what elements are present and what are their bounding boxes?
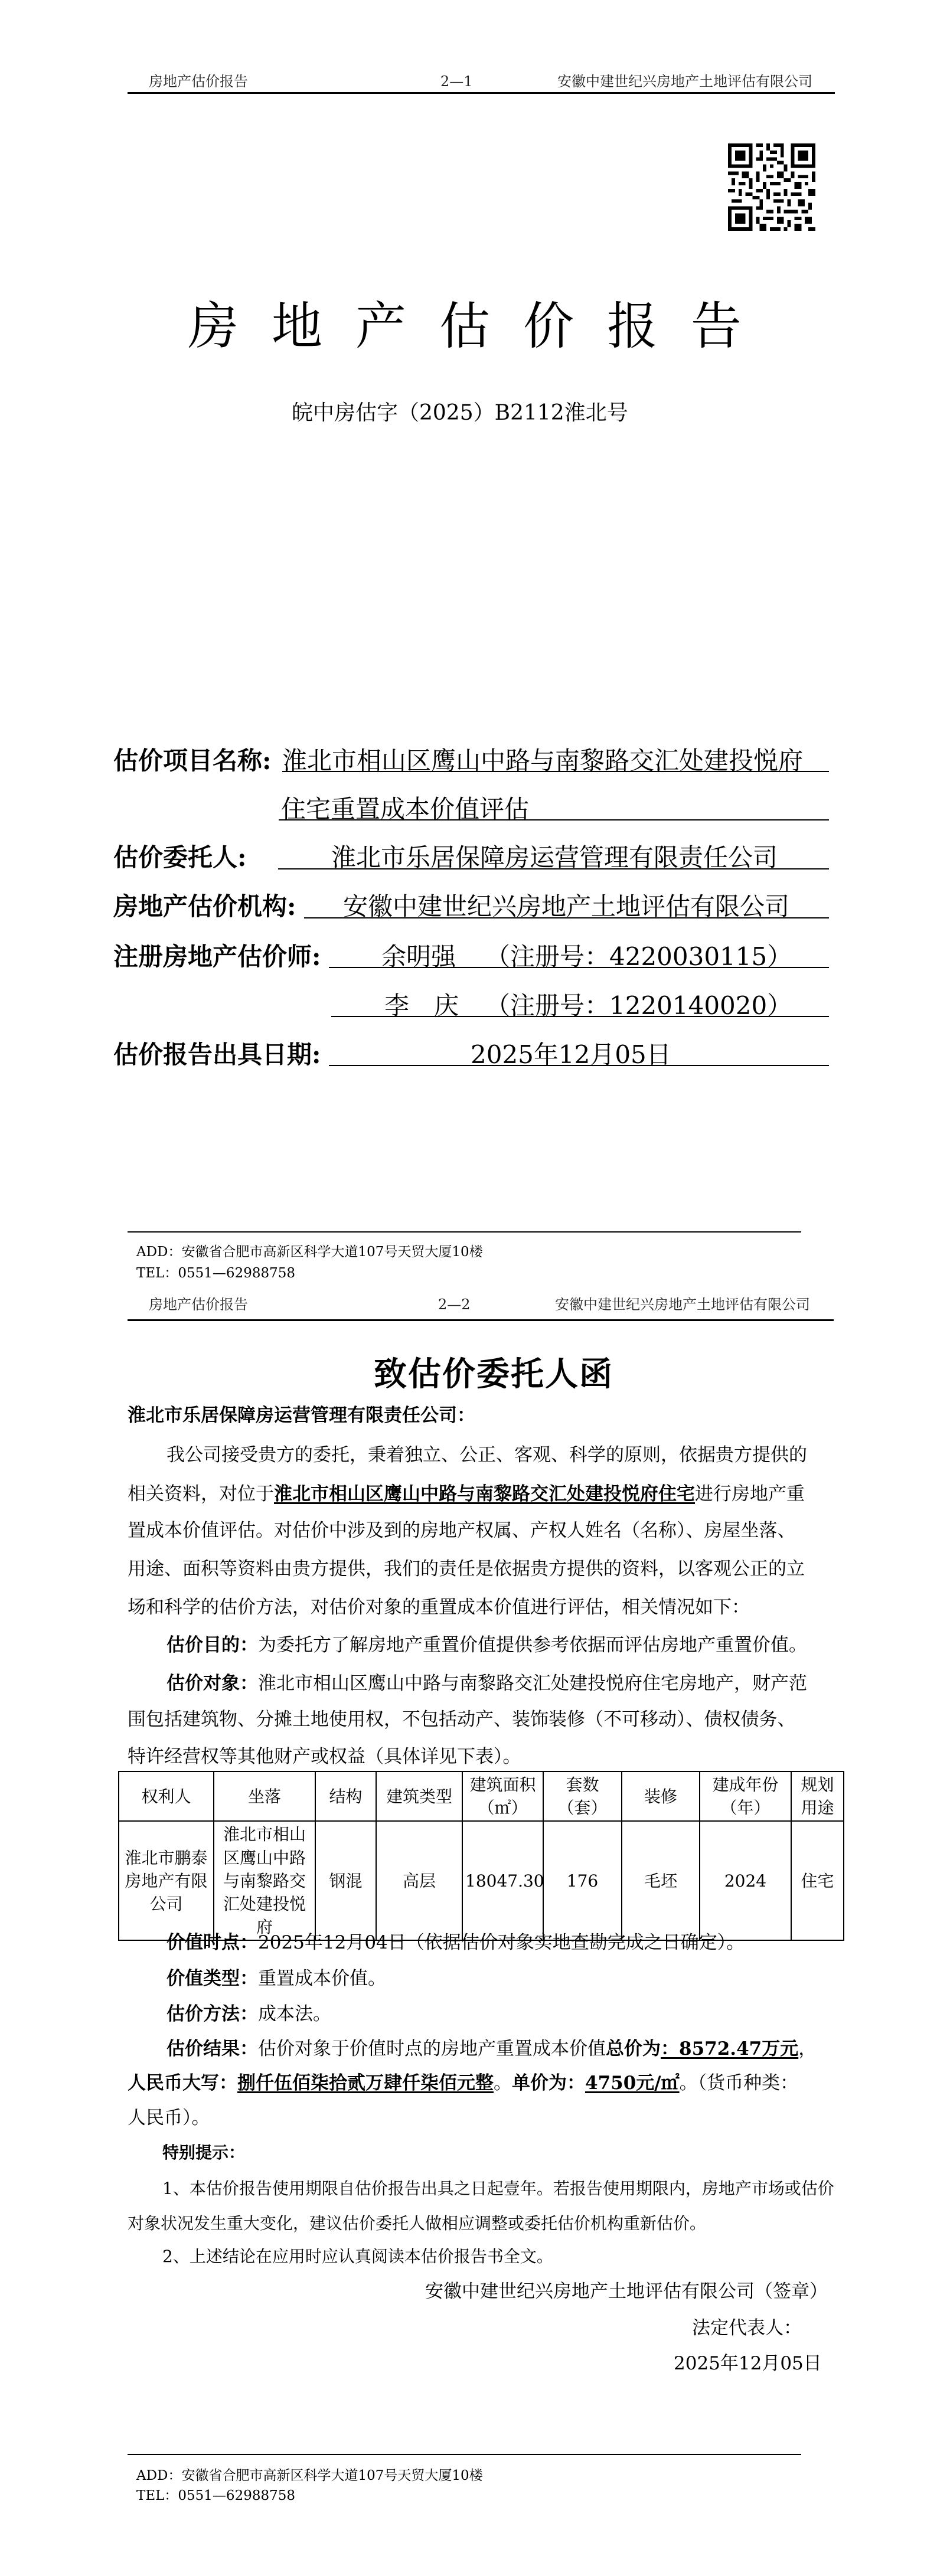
note-1-line-1: 1、本估价报告使用期限自估价报告出具之日起壹年。若报告使用期限内，房地产市场或估… — [162, 2181, 834, 2197]
project-name-underline-1 — [282, 771, 829, 772]
client-underline — [278, 868, 829, 869]
letter-title: 致估价委托人函 — [374, 1358, 613, 1391]
col-year-built: 建成年份（年） — [700, 1771, 791, 1821]
appraiser-1-name: 余明强 — [381, 944, 456, 969]
intro-line-5: 场和科学的估价方法，对估价对象的重置成本价值进行评估，相关情况如下： — [128, 1598, 750, 1617]
value-type: 价值类型：重置成本价值。 — [166, 1970, 386, 1988]
object-text: 淮北市相山区鹰山中路与南黎路交汇处建投悦府住宅房地产，财产范 — [258, 1673, 807, 1694]
intro-prefix: 相关资料，对位于 — [128, 1483, 274, 1505]
project-name-value-line2: 住宅重置成本价值评估 — [281, 797, 529, 822]
method-label: 估价方法： — [166, 2003, 258, 2025]
header-left: 房地产估价报告 — [149, 74, 248, 89]
appraiser-2-reg: （注册号：1220140020） — [485, 993, 792, 1018]
purpose-text: 为委托方了解房地产重置价值提供参考依据而评估房地产重置价值。 — [258, 1634, 807, 1656]
table-row: 淮北市鹏泰房地产有限公司 淮北市相山区鹰山中路与南黎路交汇处建投悦府 钢混 高层… — [119, 1821, 844, 1940]
result-text: 估价对象于价值时点的房地产重置成本价值 — [258, 2038, 606, 2060]
qr-code-icon — [728, 143, 815, 231]
header-right: 安徽中建世纪兴房地产土地评估有限公司 — [555, 1297, 810, 1312]
appraisers-label: 注册房地产估价师: — [113, 944, 321, 969]
document-number: 皖中房估字（2025）B2112淮北号 — [292, 403, 628, 424]
cell-decoration: 毛坯 — [622, 1821, 700, 1940]
table-header-row: 权利人 坐落 结构 建筑类型 建筑面积（㎡） 套数（套） 装修 建成年份（年） … — [119, 1771, 844, 1821]
project-name-underline-2 — [279, 819, 829, 820]
unit-price-label: 单价为： — [512, 2072, 585, 2094]
method: 估价方法：成本法。 — [166, 2005, 331, 2023]
client-label: 估价委托人: — [113, 845, 247, 870]
issue-date-underline — [329, 1065, 829, 1066]
note-2: 2、上述结论在应用时应认真阅读本估价报告书全文。 — [162, 2248, 553, 2265]
col-floor-area: 建筑面积（㎡） — [462, 1771, 543, 1821]
client-value: 淮北市乐居保障房运营管理有限责任公司 — [331, 845, 778, 870]
note-1-line-2: 对象状况发生重大变化，建议估价委托人做相应调整或委托估价机构重新估价。 — [128, 2215, 706, 2232]
value-date: 价值时点：2025年12月04日（依据估价对象实地查勘完成之日确定）。 — [166, 1934, 745, 1952]
header-right: 安徽中建世纪兴房地产土地评估有限公司 — [557, 74, 812, 89]
currency-text: 。（货币种类： — [680, 2072, 799, 2094]
agency-value: 安徽中建世纪兴房地产土地评估有限公司 — [343, 894, 789, 919]
unit-price-value: 4750元/㎡ — [585, 2072, 680, 2094]
purpose-label: 估价目的： — [166, 1634, 258, 1656]
project-name-label: 估价项目名称: — [113, 748, 272, 773]
intro-line-4: 用途、面积等资料由贵方提供，我们的责任是依据贵方提供的资料，以客观公正的立 — [128, 1560, 805, 1578]
total-value: ：8572.47万元 — [661, 2038, 798, 2060]
col-owner: 权利人 — [119, 1771, 214, 1821]
rmb-period: 。 — [494, 2072, 512, 2094]
property-table: 权利人 坐落 结构 建筑类型 建筑面积（㎡） 套数（套） 装修 建成年份（年） … — [118, 1771, 844, 1941]
signature-representative: 法定代表人： — [692, 2319, 802, 2338]
subject-property: 淮北市相山区鹰山中路与南黎路交汇处建投悦府住宅 — [274, 1483, 695, 1505]
signature-company: 安徽中建世纪兴房地产土地评估有限公司（签章） — [425, 2283, 828, 2301]
cell-planned-use: 住宅 — [791, 1821, 844, 1940]
result-line-3: 人民币）。 — [128, 2109, 210, 2127]
purpose: 估价目的：为委托方了解房地产重置价值提供参考依据而评估房地产重置价值。 — [166, 1636, 807, 1655]
intro-line-1: 我公司接受贵方的委托，秉着独立、公正、客观、科学的原则，依据贵方提供的 — [166, 1446, 807, 1464]
signature-date: 2025年12月05日 — [674, 2355, 822, 2373]
col-building-type: 建筑类型 — [376, 1771, 462, 1821]
footer-rule — [128, 2454, 801, 2455]
col-location: 坐落 — [214, 1771, 315, 1821]
col-structure: 结构 — [315, 1771, 376, 1821]
value-type-label: 价值类型： — [166, 1968, 258, 1989]
appraiser-2-underline — [331, 1016, 829, 1017]
footer-address: ADD：安徽省合肥市高新区科学大道107号天贸大厦10楼 — [136, 1245, 483, 1259]
issue-date-value: 2025年12月05日 — [471, 1042, 671, 1067]
header-page-number: 2—2 — [438, 1297, 471, 1312]
cell-location: 淮北市相山区鹰山中路与南黎路交汇处建投悦府 — [214, 1821, 315, 1940]
agency-label: 房地产估价机构: — [113, 894, 296, 919]
result-comma: ， — [798, 2038, 817, 2060]
value-type-text: 重置成本价值。 — [258, 1968, 386, 1989]
result-line-1: 估价结果：估价对象于价值时点的房地产重置成本价值总价为：8572.47万元， — [166, 2040, 817, 2058]
object-line-3: 特许经营权等其他财产或权益（具体详见下表）。 — [128, 1748, 521, 1766]
header-rule — [128, 1319, 834, 1321]
method-text: 成本法。 — [258, 2003, 331, 2025]
value-date-text: 2025年12月04日（依据估价对象实地查勘完成之日确定）。 — [258, 1932, 745, 1953]
rmb-label: 人民币大写： — [128, 2072, 237, 2094]
footer-tel: TEL：0551—62988758 — [136, 1267, 295, 1280]
total-label: 总价为 — [606, 2038, 661, 2060]
cover-title: 房地产估价报告 — [188, 301, 775, 352]
col-decoration: 装修 — [622, 1771, 700, 1821]
rmb-value: 捌仟伍佰柒拾贰万肆仟柒佰元整 — [237, 2072, 494, 2094]
cell-units: 176 — [543, 1821, 622, 1940]
appraiser-1-reg: （注册号：4220030115） — [485, 944, 792, 969]
object-line-2: 围包括建筑物、分摊土地使用权，不包括动产、装饰装修（不可移动）、债权债务、 — [128, 1711, 796, 1729]
notes-title: 特别提示： — [162, 2145, 245, 2161]
result-line-2: 人民币大写：捌仟伍佰柒拾贰万肆仟柒佰元整。单价为：4750元/㎡。（货币种类： — [128, 2074, 798, 2093]
cell-owner: 淮北市鹏泰房地产有限公司 — [119, 1821, 214, 1940]
value-date-label: 价值时点： — [166, 1932, 258, 1953]
footer-tel: TEL：0551—62988758 — [136, 2489, 295, 2503]
appraiser-2-name: 李 庆 — [384, 993, 459, 1018]
footer-address: ADD：安徽省合肥市高新区科学大道107号天贸大厦10楼 — [136, 2469, 483, 2483]
object-label: 估价对象： — [166, 1673, 258, 1694]
issue-date-label: 估价报告出具日期: — [113, 1042, 321, 1067]
intro-line-3: 置成本价值评估。对估价中涉及到的房地产权属、产权人姓名（名称）、房屋坐落、 — [128, 1522, 796, 1540]
intro-line-2: 相关资料，对位于淮北市相山区鹰山中路与南黎路交汇处建投悦府住宅进行房地产重 — [128, 1485, 805, 1503]
footer-rule — [128, 1231, 801, 1233]
project-name-value-line1: 淮北市相山区鹰山中路与南黎路交汇处建投悦府 — [282, 748, 803, 773]
cell-building-type: 高层 — [376, 1821, 462, 1940]
header-page-number: 2—1 — [440, 74, 473, 89]
header-left: 房地产估价报告 — [149, 1297, 248, 1312]
col-planned-use: 规划用途 — [791, 1771, 844, 1821]
agency-underline — [304, 917, 829, 918]
cell-floor-area: 18047.30 — [462, 1821, 543, 1940]
cell-structure: 钢混 — [315, 1821, 376, 1940]
intro-suffix: 进行房地产重 — [695, 1483, 805, 1505]
header-rule — [128, 92, 835, 94]
result-label: 估价结果： — [166, 2038, 258, 2060]
object-line-1: 估价对象：淮北市相山区鹰山中路与南黎路交汇处建投悦府住宅房地产，财产范 — [166, 1675, 807, 1693]
appraiser-1-underline — [329, 967, 829, 968]
addressee: 淮北市乐居保障房运营管理有限责任公司： — [128, 1407, 475, 1425]
cell-year-built: 2024 — [700, 1821, 791, 1940]
col-units: 套数（套） — [543, 1771, 622, 1821]
